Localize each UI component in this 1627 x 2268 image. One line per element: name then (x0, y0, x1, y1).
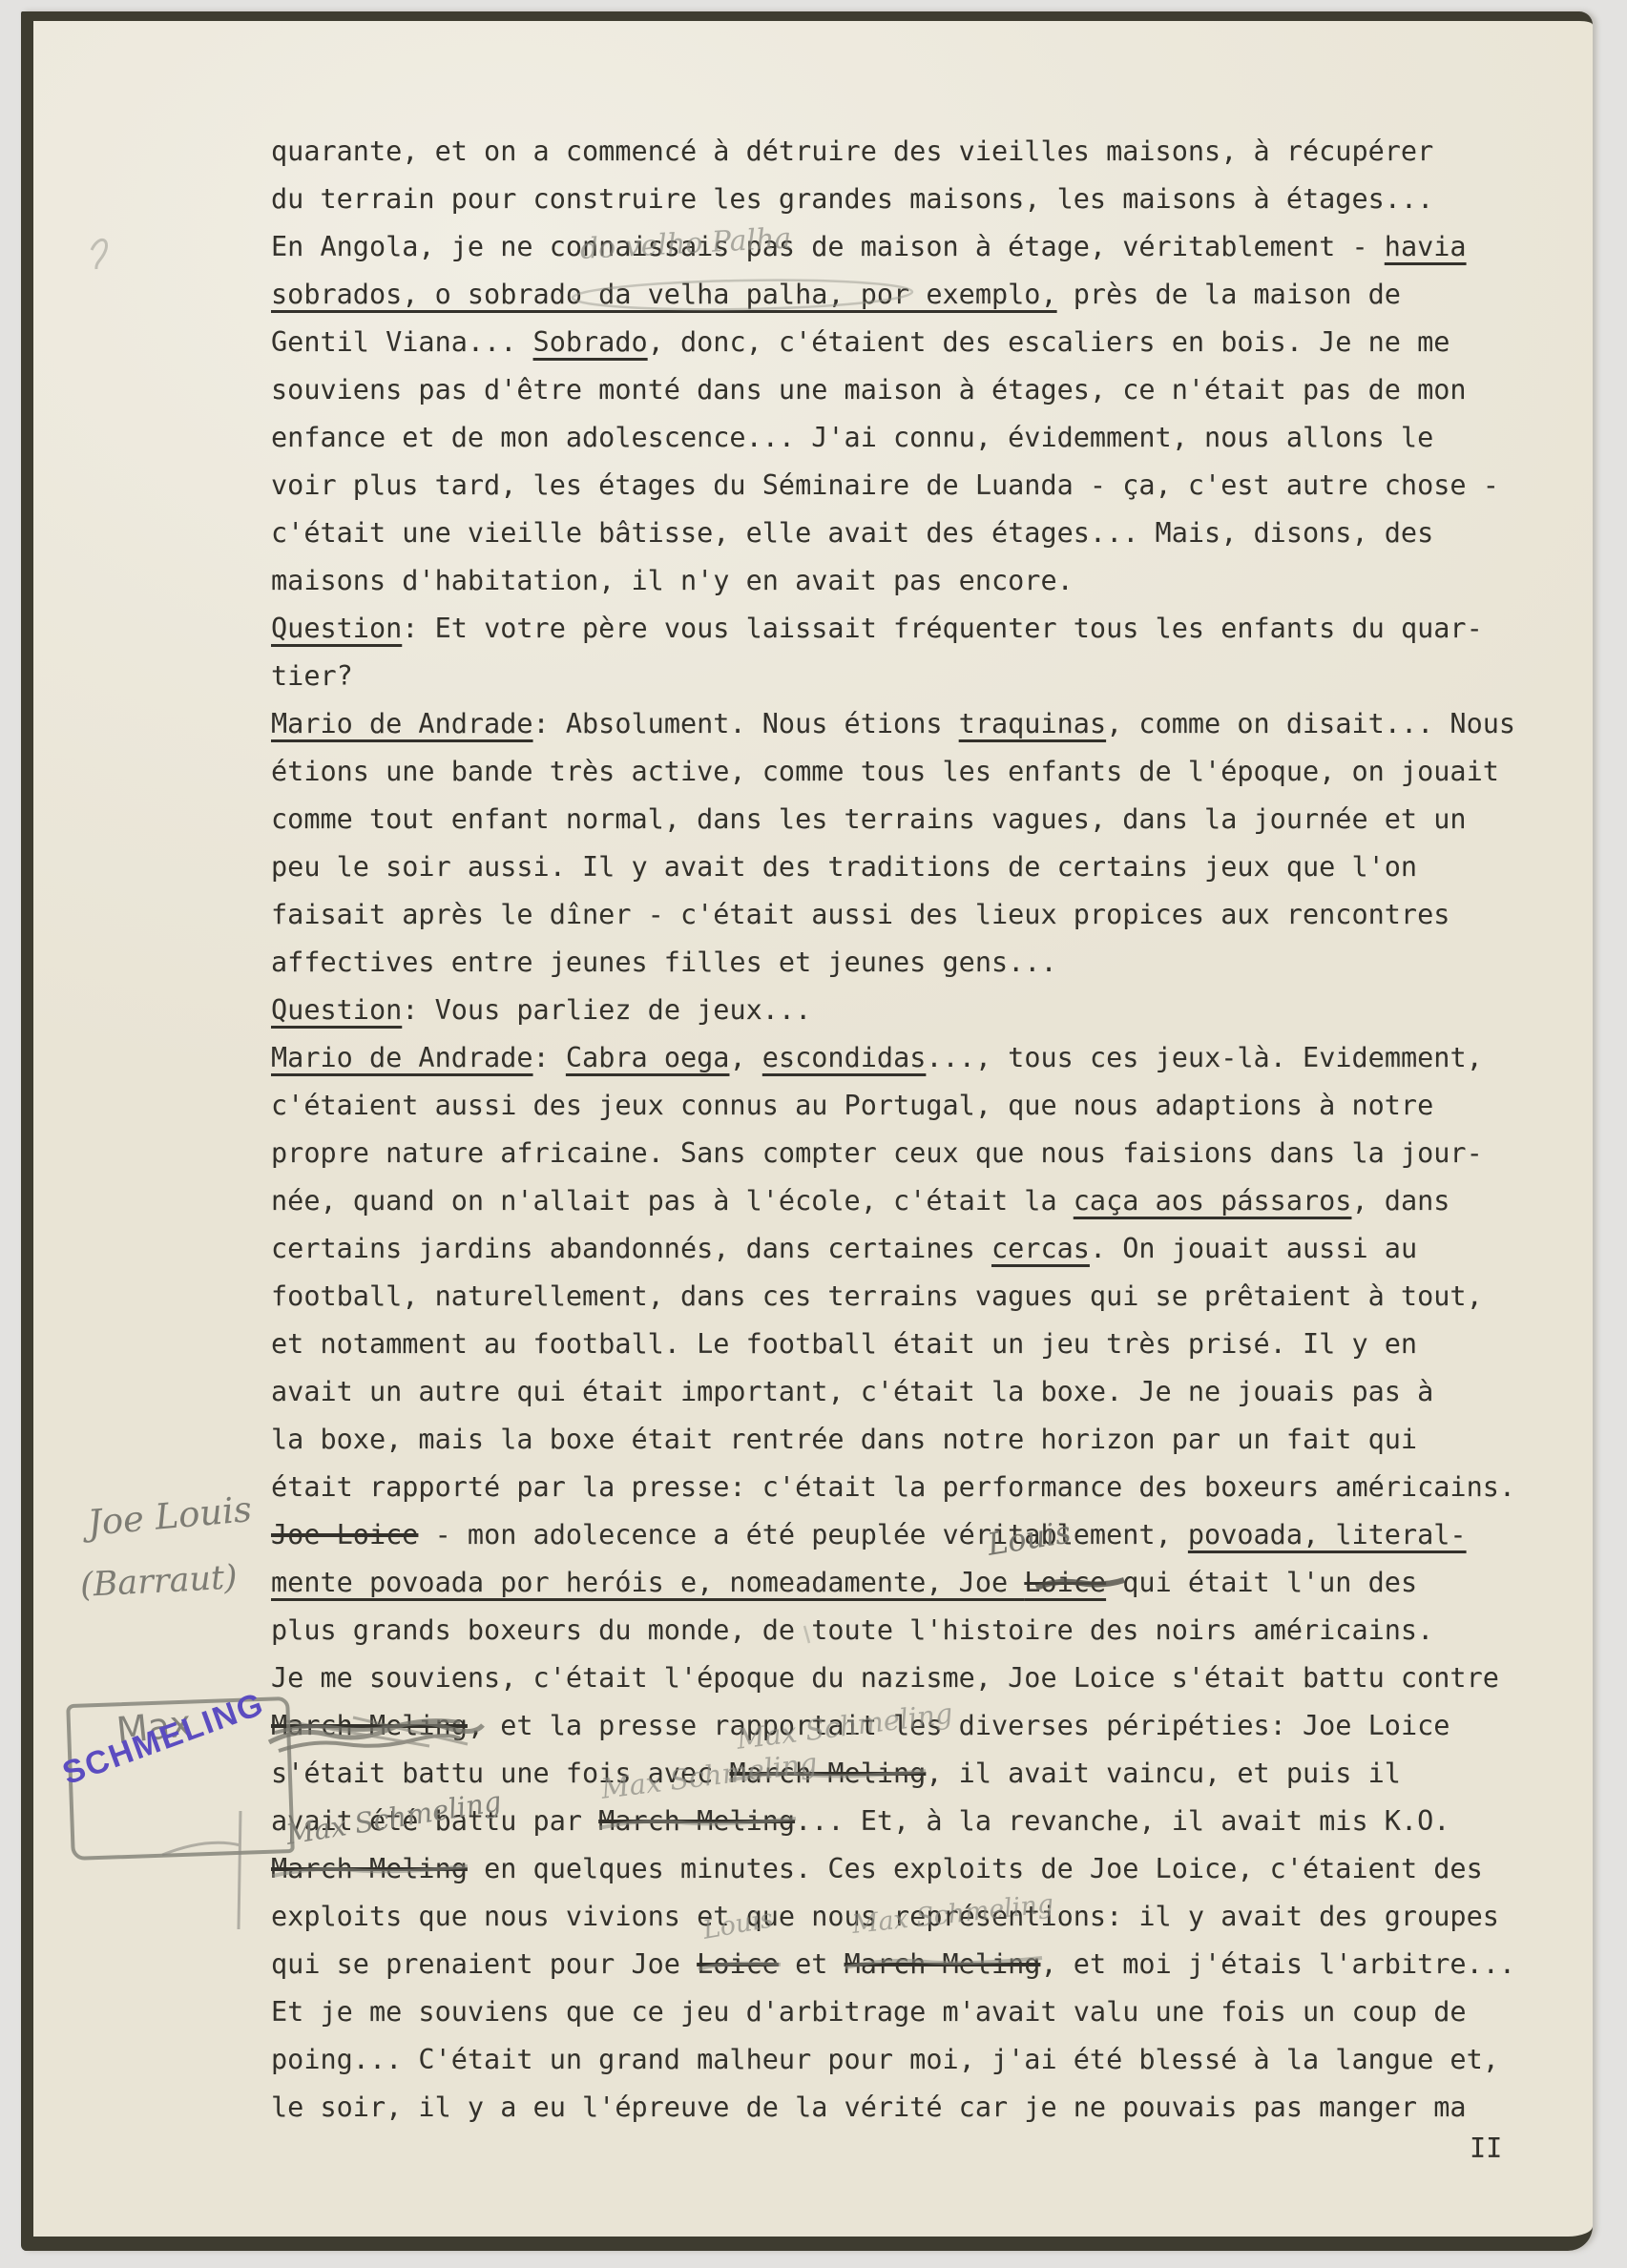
typed-text: , (729, 1042, 761, 1073)
typed-line: enfance et de mon adolescence... J'ai co… (271, 414, 1540, 462)
underlined-text: traquinas (959, 708, 1106, 739)
typed-text: souviens pas d'être monté dans une maiso… (271, 374, 1467, 406)
typed-text: , et moi j'étais l'arbitre... (1040, 1948, 1515, 1980)
typed-line: tier? (271, 653, 1540, 700)
typed-line: du terrain pour construire les grandes m… (271, 176, 1540, 223)
typed-text: ..., tous ces jeux-là. Evidemment, (926, 1042, 1482, 1073)
typed-text: poing... C'était un grand malheur pour m… (271, 2044, 1499, 2075)
typed-text: : Absolument. Nous étions (533, 708, 959, 739)
typed-line: football, naturellement, dans ces terrai… (271, 1273, 1540, 1321)
typed-line: quarante, et on a commencé à détruire de… (271, 128, 1540, 176)
underlined-text: povoada, literal- (1188, 1519, 1467, 1550)
struck-text: Joe Loice (271, 1519, 418, 1550)
typed-text: football, naturellement, dans ces terrai… (271, 1280, 1483, 1312)
typed-text: peu le soir aussi. Il y avait des tradit… (271, 851, 1417, 883)
typed-text: était rapporté par la presse: c'était la… (271, 1471, 1515, 1503)
typescript-text-block: quarante, et on a commencé à détruire de… (271, 128, 1540, 2132)
typed-line: souviens pas d'être monté dans une maiso… (271, 366, 1540, 414)
typed-line: née, quand on n'allait pas à l'école, c'… (271, 1177, 1540, 1225)
typed-line: poing... C'était un grand malheur pour m… (271, 2036, 1540, 2084)
underlined-text: Question (271, 994, 402, 1026)
typed-line: Et je me souviens que ce jeu d'arbitrage… (271, 1988, 1540, 2036)
typed-text: certains jardins abandonnés, dans certai… (271, 1233, 991, 1264)
typed-text: la boxe, mais la boxe était rentrée dans… (271, 1424, 1417, 1455)
typed-line: affectives entre jeunes filles et jeunes… (271, 939, 1540, 987)
typed-line: qui se prenaient pour Joe Loice et March… (271, 1941, 1540, 1988)
typed-line: March Meling en quelques minutes. Ces ex… (271, 1845, 1540, 1893)
underlined-text: havia (1385, 231, 1467, 262)
typed-line: maisons d'habitation, il n'y en avait pa… (271, 557, 1540, 605)
typed-text: Je me souviens, c'était l'époque du nazi… (271, 1662, 1499, 1694)
underlined-text: escondidas (762, 1042, 927, 1073)
underlined-text: Cabra oega (566, 1042, 730, 1073)
typed-line: c'étaient aussi des jeux connus au Portu… (271, 1082, 1540, 1130)
underlined-text: sobrados, o sobrado da velha palha, por … (271, 279, 1057, 310)
typed-text: comme tout enfant normal, dans les terra… (271, 803, 1467, 835)
typed-line: Mario de Andrade: Absolument. Nous étion… (271, 700, 1540, 748)
typed-line: Mario de Andrade: Cabra oega, escondidas… (271, 1034, 1540, 1082)
struck-text: March Meling (271, 1710, 468, 1741)
typed-text: : (533, 1042, 566, 1073)
page-number: II (1470, 2135, 1502, 2163)
typed-line: plus grands boxeurs du monde, de toute l… (271, 1607, 1540, 1654)
typed-text: c'était une vieille bâtisse, elle avait … (271, 517, 1433, 549)
struck-text: Loice (1024, 1567, 1106, 1598)
typed-line: c'était une vieille bâtisse, elle avait … (271, 510, 1540, 557)
struck-text: Loice (697, 1948, 779, 1980)
typed-text: propre nature africaine. Sans compter ce… (271, 1137, 1483, 1169)
typed-line: propre nature africaine. Sans compter ce… (271, 1130, 1540, 1177)
typed-text: , dans (1351, 1185, 1450, 1217)
typed-line: le soir, il y a eu l'épreuve de la vérit… (271, 2084, 1540, 2132)
typed-text: née, quand on n'allait pas à l'école, c'… (271, 1185, 1074, 1217)
scan-background: quarante, et on a commencé à détruire de… (0, 0, 1627, 2268)
typed-line: Question: Vous parliez de jeux... (271, 987, 1540, 1034)
struck-text: March Meling (845, 1948, 1041, 1980)
typed-line: Question: Et votre père vous laissait fr… (271, 605, 1540, 653)
struck-text: March Meling (598, 1805, 795, 1837)
underlined-text: Mario de Andrade (271, 1042, 533, 1073)
typed-text: plus grands boxeurs du monde, de toute l… (271, 1614, 1433, 1646)
typed-text: du terrain pour construire les grandes m… (271, 183, 1433, 215)
typed-line: faisait après le dîner - c'était aussi d… (271, 891, 1540, 939)
typed-text: qui était l'un des (1106, 1567, 1417, 1598)
typed-line: Joe Loice - mon adolecence a été peuplée… (271, 1511, 1540, 1559)
typed-text: affectives entre jeunes filles et jeunes… (271, 947, 1057, 978)
underlined-text: cercas (991, 1233, 1090, 1264)
typed-text: maisons d'habitation, il n'y en avait pa… (271, 565, 1074, 596)
typed-line: était rapporté par la presse: c'était la… (271, 1464, 1540, 1511)
underlined-text: caça aos pássaros (1074, 1185, 1352, 1217)
struck-text: March Meling (271, 1853, 468, 1884)
typed-text: ... Et, à la revanche, il avait mis K.O. (795, 1805, 1450, 1837)
typed-line: avait un autre qui était important, c'ét… (271, 1368, 1540, 1416)
typed-line: voir plus tard, les étages du Séminaire … (271, 462, 1540, 510)
typed-text: : Et votre père vous laissait fréquenter… (402, 613, 1482, 644)
typed-text: Et je me souviens que ce jeu d'arbitrage… (271, 1996, 1467, 2028)
typed-line: étions une bande très active, comme tous… (271, 748, 1540, 796)
typed-text: voir plus tard, les étages du Séminaire … (271, 469, 1499, 501)
typed-text: enfance et de mon adolescence... J'ai co… (271, 422, 1433, 453)
typed-text: Gentil Viana... (271, 326, 533, 358)
typed-line: sobrados, o sobrado da velha palha, por … (271, 271, 1540, 319)
typed-text: le soir, il y a eu l'épreuve de la vérit… (271, 2091, 1467, 2123)
typed-text: étions une bande très active, comme tous… (271, 756, 1499, 787)
typed-line: Je me souviens, c'était l'époque du nazi… (271, 1654, 1540, 1702)
underlined-text: Question (271, 613, 402, 644)
typed-text: : Vous parliez de jeux... (402, 994, 811, 1026)
typed-text: et notamment au football. Le football ét… (271, 1328, 1417, 1360)
typed-line: mente povoada por heróis e, nomeadamente… (271, 1559, 1540, 1607)
typed-line: comme tout enfant normal, dans les terra… (271, 796, 1540, 843)
typed-line: Gentil Viana... Sobrado, donc, c'étaient… (271, 319, 1540, 366)
typed-line: En Angola, je ne connaissais pas de mais… (271, 223, 1540, 271)
typed-text: qui se prenaient pour Joe (271, 1948, 697, 1980)
typed-line: certains jardins abandonnés, dans certai… (271, 1225, 1540, 1273)
typed-text: tier? (271, 660, 353, 692)
typed-text: . On jouait aussi au (1090, 1233, 1417, 1264)
typed-text: faisait après le dîner - c'était aussi d… (271, 899, 1450, 930)
typed-text: , donc, c'étaient des escaliers en bois.… (648, 326, 1450, 358)
typed-text: et (779, 1948, 845, 1980)
typed-text: en quelques minutes. Ces exploits de Joe… (468, 1853, 1483, 1884)
underlined-text: Mario de Andrade (271, 708, 533, 739)
underlined-text: Sobrado (533, 326, 648, 358)
typed-line: la boxe, mais la boxe était rentrée dans… (271, 1416, 1540, 1464)
typed-text: près de la maison de (1057, 279, 1401, 310)
typed-line: peu le soir aussi. Il y avait des tradit… (271, 843, 1540, 891)
typed-text: , comme on disait... Nous (1106, 708, 1515, 739)
typed-text: , et la presse rapportait les diverses p… (468, 1710, 1450, 1741)
typed-text: , il avait vaincu, et puis il (926, 1758, 1401, 1789)
underlined-text: mente povoada por heróis e, nomeadamente… (271, 1567, 1024, 1598)
typed-text: quarante, et on a commencé à détruire de… (271, 135, 1433, 167)
typed-text: c'étaient aussi des jeux connus au Portu… (271, 1090, 1433, 1121)
typed-line: et notamment au football. Le football ét… (271, 1321, 1540, 1368)
typed-text: En Angola, je ne connaissais pas de mais… (271, 231, 1385, 262)
typed-text: avait un autre qui était important, c'ét… (271, 1376, 1433, 1407)
